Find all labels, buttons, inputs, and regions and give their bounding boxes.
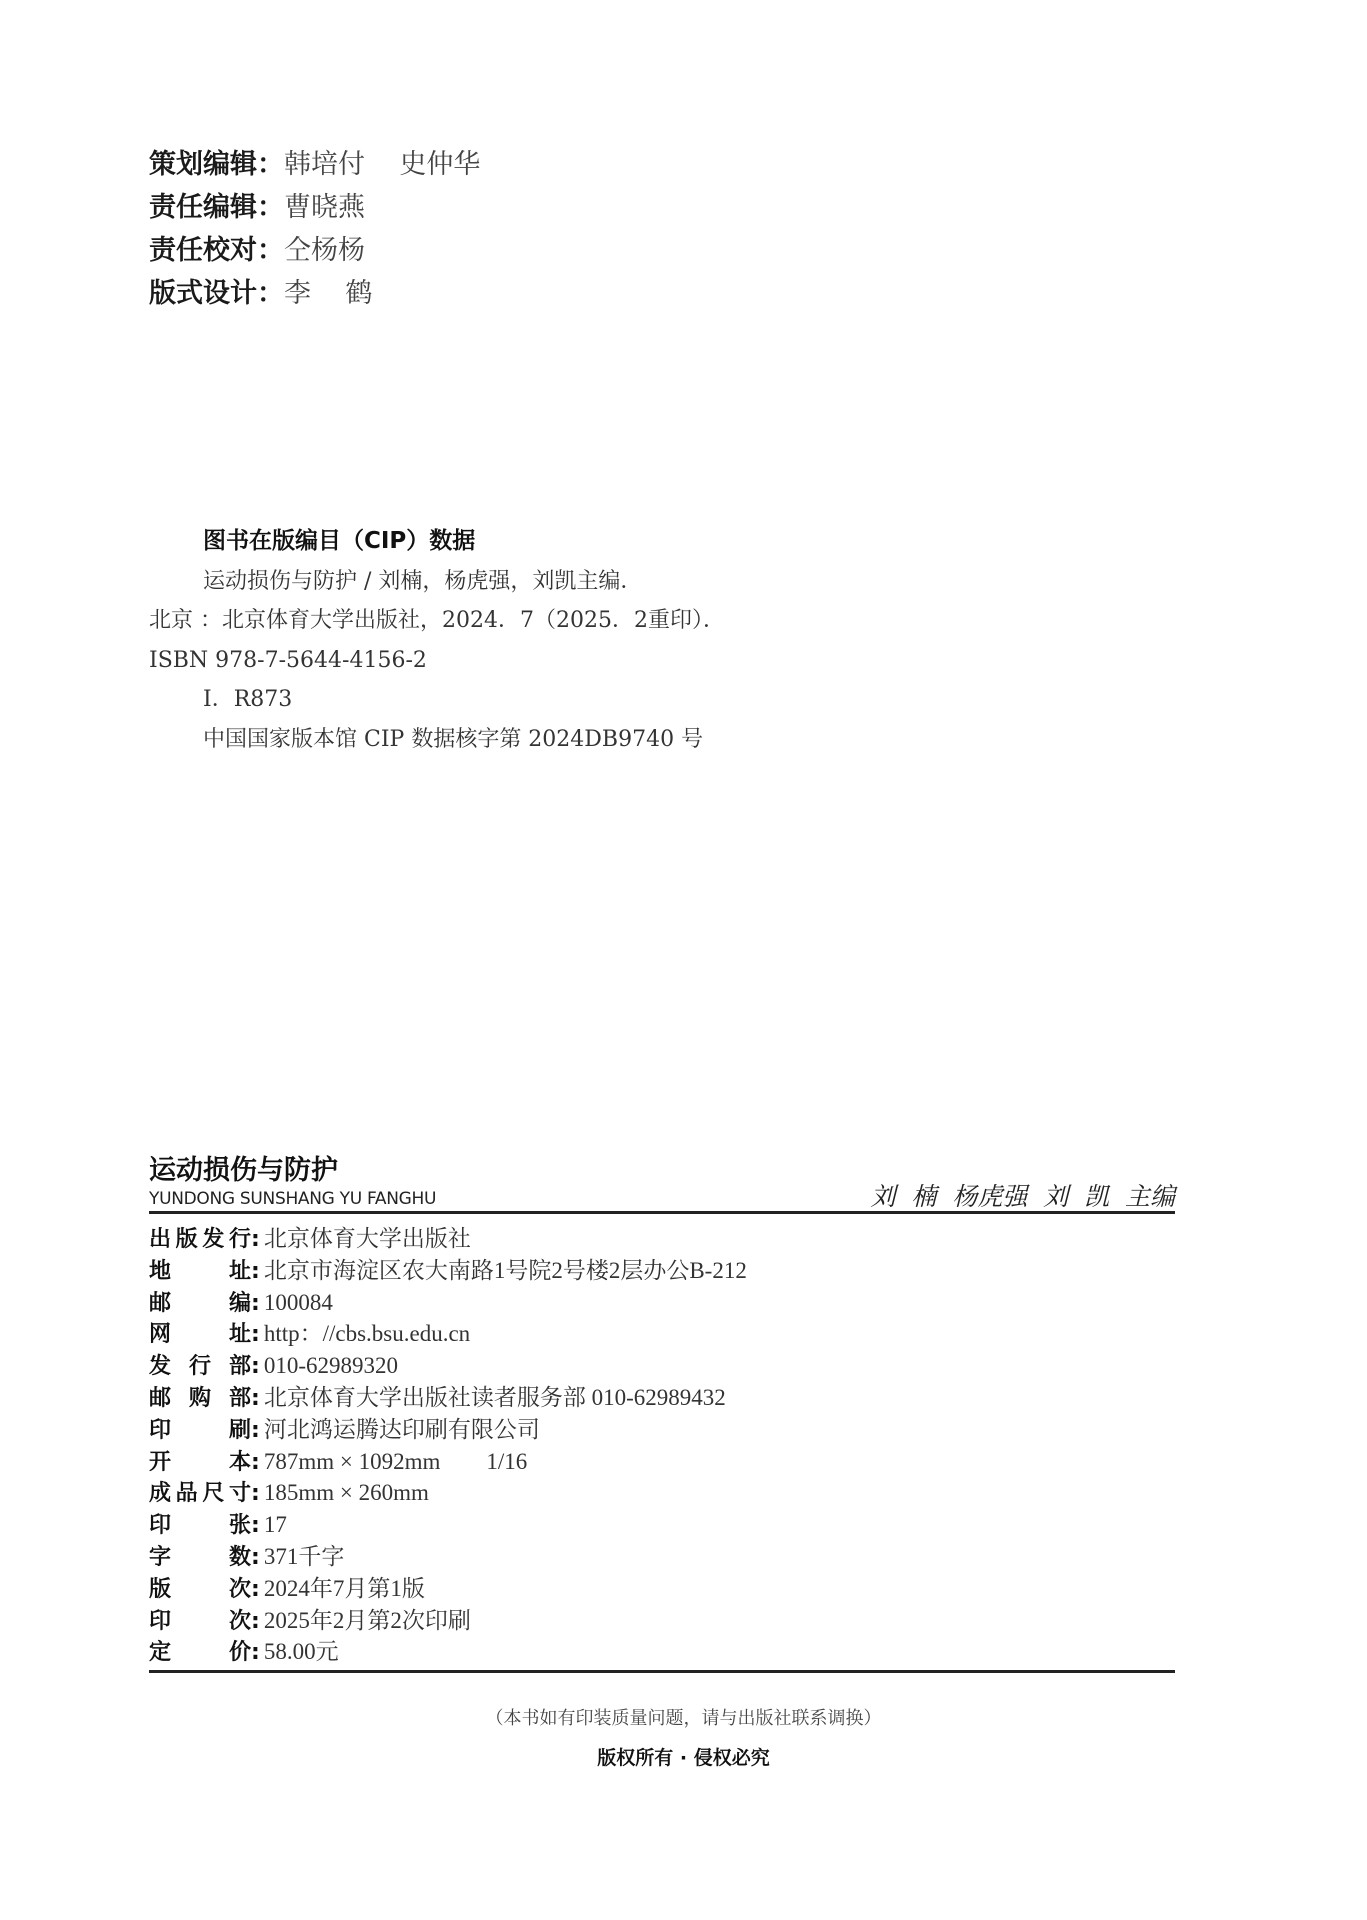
info-value: 185mm × 260mm — [264, 1480, 429, 1505]
info-value: 北京体育大学出版社 — [264, 1226, 471, 1251]
info-label: 地址 — [149, 1256, 251, 1288]
info-value: 371千字 — [264, 1544, 345, 1569]
info-row: 版次:2024年7月第1版 — [149, 1573, 747, 1605]
info-row: 成品尺寸:185mm × 260mm — [149, 1477, 747, 1509]
info-row: 地址:北京市海淀区农大南路1号院2号楼2层办公B-212 — [149, 1255, 747, 1287]
quality-notice: （本书如有印装质量问题，请与出版社联系调换） — [0, 1704, 1367, 1730]
credit-row: 版式设计：李 鹤 — [149, 272, 480, 315]
cip-line: 北京 ：北京体育大学出版社，2024．7（2025．2重印）． — [149, 601, 725, 641]
credit-row: 责任校对：仝杨杨 — [149, 229, 480, 272]
info-row: 印张:17 — [149, 1509, 747, 1541]
colon: : — [251, 1386, 260, 1411]
info-label: 版次 — [149, 1574, 251, 1606]
divider-top — [149, 1211, 1175, 1214]
info-label: 印刷 — [149, 1415, 251, 1447]
colon: : — [251, 1640, 260, 1665]
info-row: 印刷:河北鸿运腾达印刷有限公司 — [149, 1414, 747, 1446]
info-value: 787mm × 1092mm 1/16 — [264, 1449, 527, 1474]
info-label: 成品尺寸 — [149, 1478, 251, 1510]
cip-line: 运动损伤与防护 / 刘楠，杨虎强，刘凯主编． — [149, 562, 725, 602]
info-row: 出版发行:北京体育大学出版社 — [149, 1223, 747, 1255]
colon: : — [251, 1418, 260, 1443]
info-row: 开本:787mm × 1092mm 1/16 — [149, 1446, 747, 1478]
info-label: 开本 — [149, 1447, 251, 1479]
colon: : — [251, 1354, 260, 1379]
book-pinyin: YUNDONG SUNSHANG YU FANGHU — [149, 1189, 436, 1209]
info-row: 印次:2025年2月第2次印刷 — [149, 1605, 747, 1637]
credit-value: 韩培付 史仲华 — [284, 149, 480, 180]
info-label: 邮编 — [149, 1288, 251, 1320]
colon: : — [251, 1513, 260, 1538]
info-label: 印张 — [149, 1510, 251, 1542]
credit-label: 责任校对： — [149, 235, 284, 266]
editorial-credits: 策划编辑：韩培付 史仲华 责任编辑：曹晓燕 责任校对：仝杨杨 版式设计：李 鹤 — [149, 143, 480, 315]
info-label: 邮购部 — [149, 1383, 251, 1415]
info-value: 010-62989320 — [264, 1353, 398, 1378]
colon: : — [251, 1577, 260, 1602]
credit-value: 李 鹤 — [284, 278, 372, 309]
credit-value: 曹晓燕 — [284, 192, 365, 223]
info-row: 邮编:100084 — [149, 1287, 747, 1319]
credit-row: 责任编辑：曹晓燕 — [149, 186, 480, 229]
info-row: 字数:371千字 — [149, 1541, 747, 1573]
info-row: 发行部:010-62989320 — [149, 1350, 747, 1382]
info-value: 17 — [264, 1512, 287, 1537]
credit-label: 责任编辑： — [149, 192, 284, 223]
divider-bottom — [149, 1670, 1175, 1673]
colon: : — [251, 1227, 260, 1252]
info-row: 网址:http：//cbs.bsu.edu.cn — [149, 1318, 747, 1350]
cip-line: 中国国家版本馆 CIP 数据核字第 2024DB9740 号 — [149, 720, 725, 760]
info-value: 100084 — [264, 1290, 333, 1315]
credit-label: 版式设计： — [149, 278, 284, 309]
info-label: 定价 — [149, 1637, 251, 1669]
info-label: 印次 — [149, 1606, 251, 1638]
book-title: 运动损伤与防护 — [149, 1148, 338, 1187]
colon: : — [251, 1259, 260, 1284]
publication-info: 出版发行:北京体育大学出版社 地址:北京市海淀区农大南路1号院2号楼2层办公B-… — [149, 1223, 747, 1668]
credit-label: 策划编辑： — [149, 149, 284, 180]
colon: : — [251, 1481, 260, 1506]
info-row: 邮购部:北京体育大学出版社读者服务部 010-62989432 — [149, 1382, 747, 1414]
info-value: 58.00元 — [264, 1639, 339, 1664]
cip-line: Ⅰ．R873 — [149, 680, 725, 720]
cip-data-block: 图书在版编目（CIP）数据 运动损伤与防护 / 刘楠，杨虎强，刘凯主编． 北京 … — [149, 522, 725, 759]
info-label: 发行部 — [149, 1351, 251, 1383]
info-value: 2024年7月第1版 — [264, 1576, 425, 1601]
colon: : — [251, 1609, 260, 1634]
info-label: 字数 — [149, 1542, 251, 1574]
colon: : — [251, 1322, 260, 1347]
book-editors: 刘 楠 杨虎强 刘 凯 主编 — [871, 1177, 1175, 1213]
cip-heading: 图书在版编目（CIP）数据 — [149, 522, 725, 562]
colon: : — [251, 1450, 260, 1475]
info-value: http：//cbs.bsu.edu.cn — [264, 1321, 470, 1346]
cip-isbn: ISBN 978-7-5644-4156-2 — [149, 641, 725, 681]
info-value: 河北鸿运腾达印刷有限公司 — [264, 1417, 540, 1442]
credit-value: 仝杨杨 — [284, 235, 365, 266]
colon: : — [251, 1545, 260, 1570]
info-value: 北京体育大学出版社读者服务部 010-62989432 — [264, 1385, 726, 1410]
credit-row: 策划编辑：韩培付 史仲华 — [149, 143, 480, 186]
info-label: 网址 — [149, 1319, 251, 1351]
info-value: 北京市海淀区农大南路1号院2号楼2层办公B-212 — [264, 1258, 747, 1283]
colon: : — [251, 1291, 260, 1316]
info-row: 定价:58.00元 — [149, 1636, 747, 1668]
info-label: 出版发行 — [149, 1224, 251, 1256]
copyright-notice: 版权所有 · 侵权必究 — [0, 1743, 1367, 1770]
info-value: 2025年2月第2次印刷 — [264, 1608, 471, 1633]
